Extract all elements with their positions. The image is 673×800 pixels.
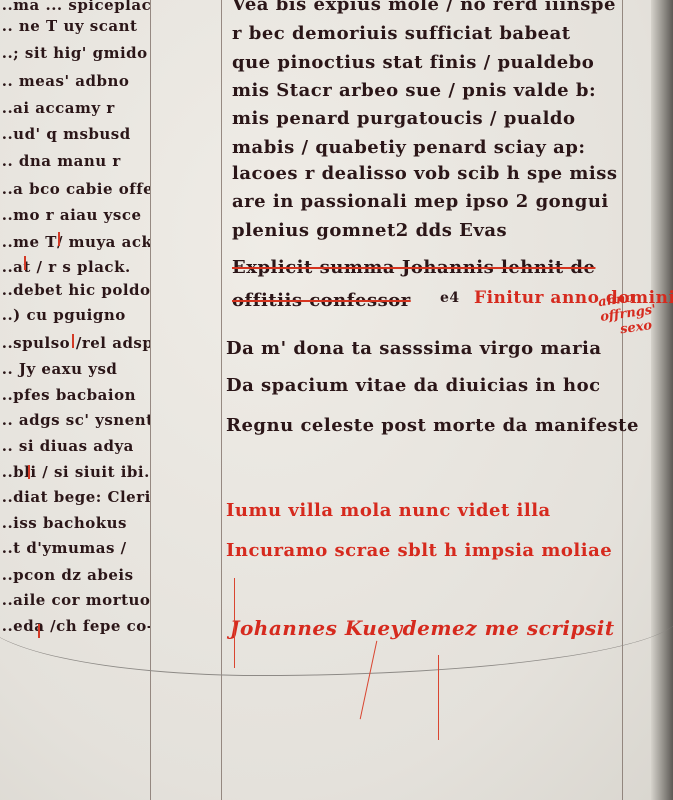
rubric-stroke [24,256,26,270]
left-line: ...bli / si siuit ibi. [0,463,150,481]
left-line: ... si diuas adya [0,437,134,455]
left-line: ...iss bachokus [0,514,127,532]
signature-flourish [360,641,378,719]
main-text-line: r bec demoriuis sufficiat babeat [232,23,571,44]
right-column-left-rule [221,0,222,800]
colophon-line: Iumu villa mola nunc videt illa [226,500,551,521]
left-line: ...at / r s plack. [0,258,131,276]
rubric-stroke [58,232,60,246]
left-line: ... Jy eaxu ysd [0,360,117,378]
struck-suffix: e4 [440,290,460,306]
struck-explicit-line: Explicit summa Johannis lehnit de [232,257,595,278]
left-line: ...) cu pguigno [0,306,126,324]
main-text-line: lacoes r dealisso vob scib h spe miss [232,163,618,184]
left-line: ...spulso /rel adspe [0,334,150,352]
right-column: Vea bis expius mole / no rerd iiinspe r … [228,0,628,700]
main-text-line: plenius gomnet2 dds Evas [232,220,507,241]
main-text-line: Vea bis expius mole / no rerd iiinspe [232,0,616,15]
left-line: ... ne T uy scant [0,17,137,35]
left-line: ...a bco cabie offe [0,180,150,198]
left-line: ...pfes bacbaion [0,386,136,404]
left-line: ...t d'ymumas / [0,539,127,557]
left-line: ...pcon dz abeis [0,566,134,584]
margin-note: anno offrngs' sexo [597,285,673,340]
left-line: ... dna manu r [0,152,121,170]
left-line: ... adgs sc' ysnenti [0,411,150,429]
left-line: ...aile cor mortuod [0,591,150,609]
left-column: ...ma ... spiceplaci ... ne T uy scant .… [0,0,150,660]
main-text-line: mabis / quabetiy penard sciay ap: [232,137,585,158]
left-line: ...eda /ch fepe co- [0,617,150,635]
left-line: ...mo r aiau ysce [0,206,142,224]
left-line: ...me T/ muya ack [0,233,150,251]
left-line: ...; sit hig' gmido [0,44,148,62]
prayer-line: Da m' dona ta sasssima virgo maria [226,338,602,359]
left-line: ... meas' adbno [0,72,129,90]
main-text-line: mis Stacr arbeo sue / pnis valde b: [232,80,596,101]
main-text-line: mis penard purgatoucis / pualdo [232,108,576,129]
left-line: ...debet hic poldo [0,281,150,299]
colophon-line: Incuramo scrae sblt h impsia moliae [226,540,612,561]
signature-flourish [438,655,439,740]
main-text-line: que pinoctius stat finis / pualdebo [232,52,594,73]
left-line: ...ma ... spiceplaci [0,0,150,14]
left-line: ...ai accamy r [0,99,115,117]
left-column-right-rule [150,0,151,800]
main-text-line: are in passionali mep ipso 2 gongui [232,191,609,212]
rubric-stroke [72,334,74,348]
left-line: ...ud' q msbusd [0,125,131,143]
manuscript-page: ...ma ... spiceplaci ... ne T uy scant .… [0,0,673,800]
prayer-line: Da spacium vitae da diuicias in hoc [226,375,601,396]
signature-flourish [234,578,235,668]
struck-explicit-line: offitiis confessor [232,290,411,311]
rubric-stroke [38,624,40,638]
prayer-line: Regnu celeste post morte da manifeste [226,415,639,436]
left-line: ...diat bege: Clerics [0,488,150,506]
scribe-signature: Johannes Kueydemez me scripsit [230,616,615,640]
book-gutter [651,0,673,800]
rubric-stroke [28,465,30,479]
